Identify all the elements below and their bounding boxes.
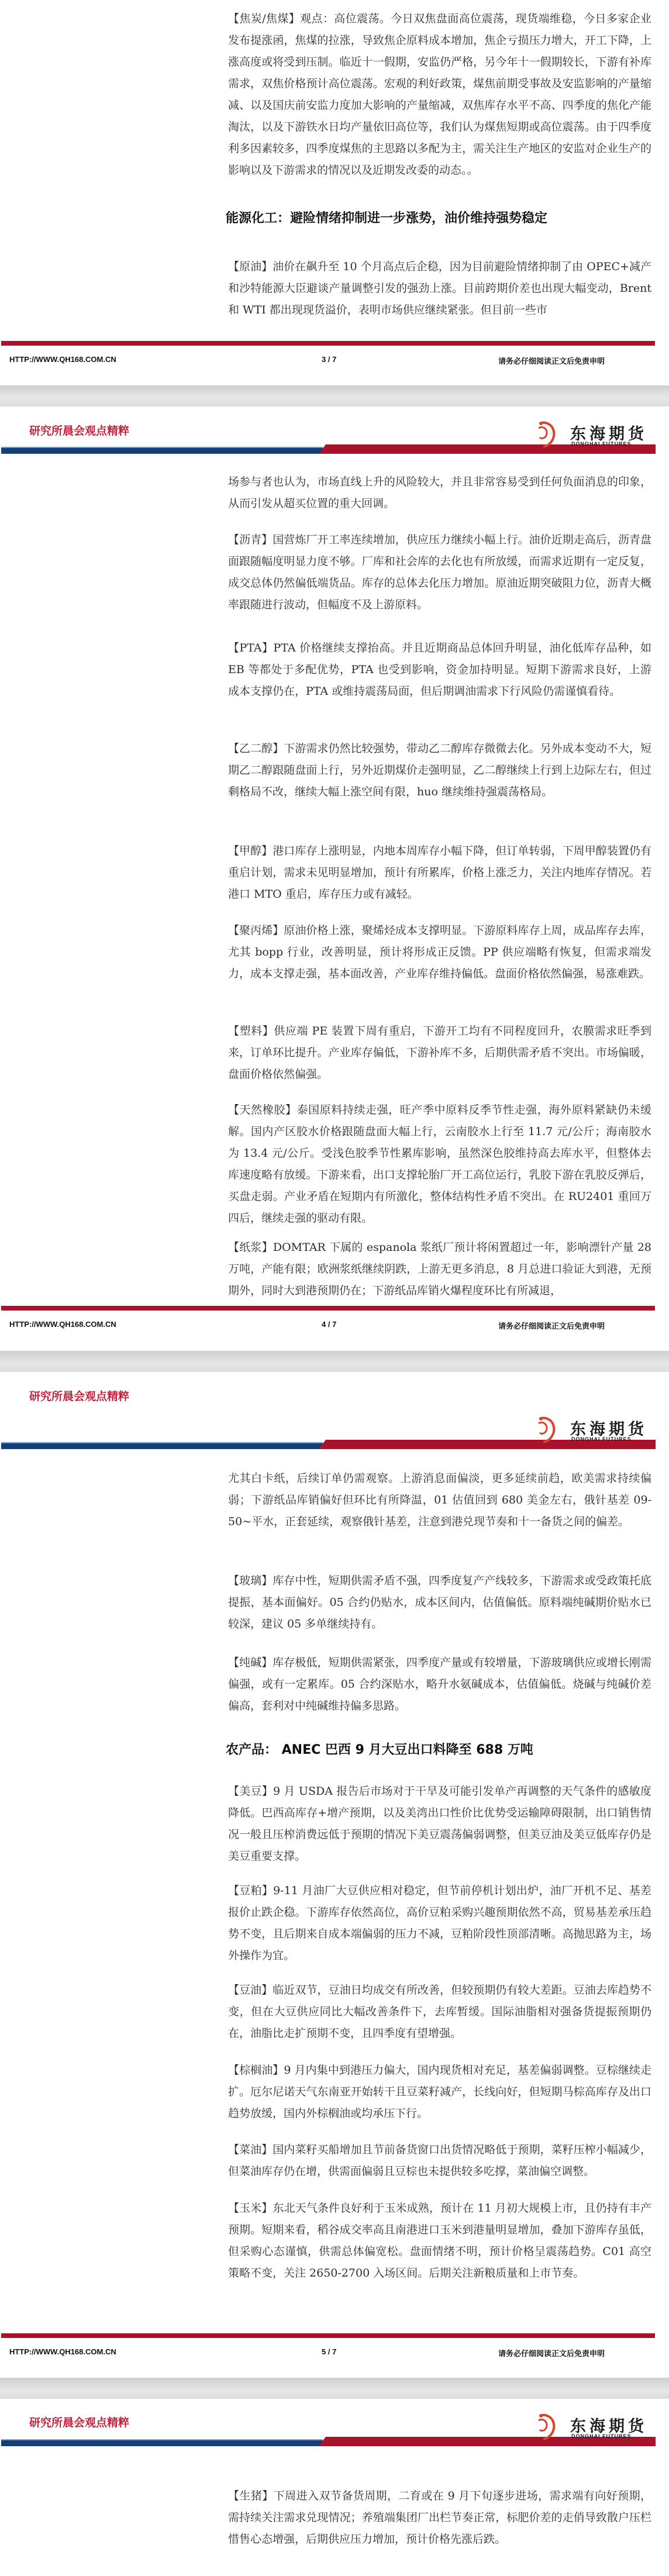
paragraph-soymeal: 【豆粕】9-11 月油厂大豆供应相对稳定，但节前停机计划出炉，油厂开机不足、基差… xyxy=(228,1880,651,1967)
paragraph-soyoil: 【豆油】临近双节，豆油日均成交有所改善，但较预期仍有较大差距。豆油去库趋势不变，… xyxy=(228,1980,651,2044)
footer-url-link[interactable]: HTTP://WWW.QH168.COM.CN xyxy=(9,1320,116,1329)
dragon-logo-icon xyxy=(535,420,560,449)
paragraph-pulp-cont: 尤其白卡纸，后续订单仍需观察。上游消息面偏淡，更多延续前趋，欧美需求持续偏弱；下… xyxy=(228,1468,651,1533)
paragraph-meg: 【乙二醇】下游需求仍然比较强势，带动乙二醇库存微微去化。另外成本变动不大，短期乙… xyxy=(228,738,651,803)
header-blue-bar xyxy=(1,2439,323,2446)
paragraph-glass: 【玻璃】库存中性，短期供需矛盾不强，四季度复产产线较多，下游需求或受政策托底提振… xyxy=(228,1570,651,1635)
header-blue-bar xyxy=(1,1442,323,1449)
page-separator xyxy=(0,385,669,406)
logo-text-en: DONGHAI FUTURES xyxy=(571,1436,632,1442)
section-heading-agri: 农产品： ANEC 巴西 9 月大豆出口料降至 688 万吨 xyxy=(226,1740,533,1758)
paragraph-pulp: 【纸浆】DOMTAR 下属的 espanola 浆纸厂预计将闲置超过一年，影响漂… xyxy=(228,1237,651,1302)
paragraph-hog: 【生猪】下周进入双节备货周期，二育或在 9 月下旬逐步进场，需求端有向好预期，需… xyxy=(228,2485,651,2550)
footer-url-link[interactable]: HTTP://WWW.QH168.COM.CN xyxy=(9,355,116,364)
paragraph-rapeseed-oil: 【菜油】国内菜籽买船增加且节前备货窗口出货情况略低于预期，菜籽压榨小幅减少，但菜… xyxy=(228,2139,651,2182)
logo-text-en: DONGHAI FUTURES xyxy=(571,2433,632,2439)
section-heading-energy: 能源化工：避险情绪抑制进一步涨势，油价维持强势稳定 xyxy=(226,208,547,226)
header-title: 研究所晨会观点精粹 xyxy=(29,2414,129,2430)
paragraph-coke: 【焦炭/焦煤】观点：高位震荡。今日双焦盘面高位震荡，现货端维稳，今日多家企业发布… xyxy=(228,8,651,181)
footer-disclaimer: 请务必仔细阅读正文后免责申明 xyxy=(498,1320,605,1331)
page-number: 4 / 7 xyxy=(322,1320,336,1329)
footer-rule xyxy=(1,2333,655,2338)
paragraph-crude-oil: 【原油】油价在飙升至 10 个月高点后企稳，因为目前避险情绪抑制了由 OPEC+… xyxy=(228,256,651,321)
page-separator xyxy=(0,2378,669,2399)
logo-text-en: DONGHAI FUTURES xyxy=(571,441,632,447)
donghai-logo: 东海期货 DONGHAI FUTURES xyxy=(535,2412,655,2441)
dragon-logo-icon xyxy=(535,1415,560,1444)
paragraph-crude-oil-cont: 场参与者也认为，市场直线上升的风险较大，并且非常容易受到任何负面消息的印象，从而… xyxy=(228,471,651,515)
page-number: 3 / 7 xyxy=(322,355,336,364)
donghai-logo: 东海期货 DONGHAI FUTURES xyxy=(535,1415,655,1444)
header-title: 研究所晨会观点精粹 xyxy=(29,1388,129,1403)
paragraph-asphalt: 【沥青】国营炼厂开工率连续增加，供应压力继续小幅上行。油价近期走高后，沥青盘面跟… xyxy=(228,529,651,616)
paragraph-palm-oil: 【棕榈油】9 月内集中到港压力偏大，国内现货相对充足，基差偏弱调整。豆棕继续走扩… xyxy=(228,2060,651,2125)
donghai-logo: 东海期货 DONGHAI FUTURES xyxy=(535,420,655,449)
header-title: 研究所晨会观点精粹 xyxy=(29,422,129,438)
dragon-logo-icon xyxy=(535,2412,560,2441)
footer-rule xyxy=(1,1306,655,1311)
paragraph-pta: 【PTA】PTA 价格继续支撑抬高。并且近期商品总体回升明显，油化低库存品种，如… xyxy=(228,637,651,702)
paragraph-corn: 【玉米】东北天气条件良好利于玉米成熟，预计在 11 月初大规模上市，且仍持有丰产… xyxy=(228,2198,651,2284)
footer-disclaimer: 请务必仔细阅读正文后免责申明 xyxy=(498,2347,605,2358)
footer-url-link[interactable]: HTTP://WWW.QH168.COM.CN xyxy=(9,2347,116,2356)
footer-rule xyxy=(1,341,655,346)
header-blue-bar xyxy=(1,447,323,454)
paragraph-rubber: 【天然橡胶】泰国原料持续走强，旺产季中原料反季节性走强，海外原料紧缺仍未缓解。国… xyxy=(228,1099,651,1229)
paragraph-polypropylene: 【聚丙烯】原油价格上涨，聚烯烃成本支撑明显。下游原料库存上周，成品库存去库，尤其… xyxy=(228,920,651,985)
paragraph-methanol: 【甲醇】港口库存上涨明显，内地本周库存小幅下降，但订单转弱，下周甲醇装置仍有重启… xyxy=(228,840,651,905)
page-number: 5 / 7 xyxy=(322,2347,336,2356)
footer-disclaimer: 请务必仔细阅读正文后免责申明 xyxy=(498,355,605,366)
page-separator xyxy=(0,1351,669,1372)
paragraph-soda-ash: 【纯碱】库存极低，短期供需紧张，四季度产量或有较增量，下游玻璃供应或增长刚需偏强… xyxy=(228,1652,651,1717)
paragraph-us-soybean: 【美豆】9 月 USDA 报告后市场对于干旱及可能引发单产再调整的天气条件的感敏… xyxy=(228,1781,651,1867)
paragraph-plastic: 【塑料】供应端 PE 装置下周有重启，下游开工均有不同程度回升，农膜需求旺季到来… xyxy=(228,1020,651,1085)
